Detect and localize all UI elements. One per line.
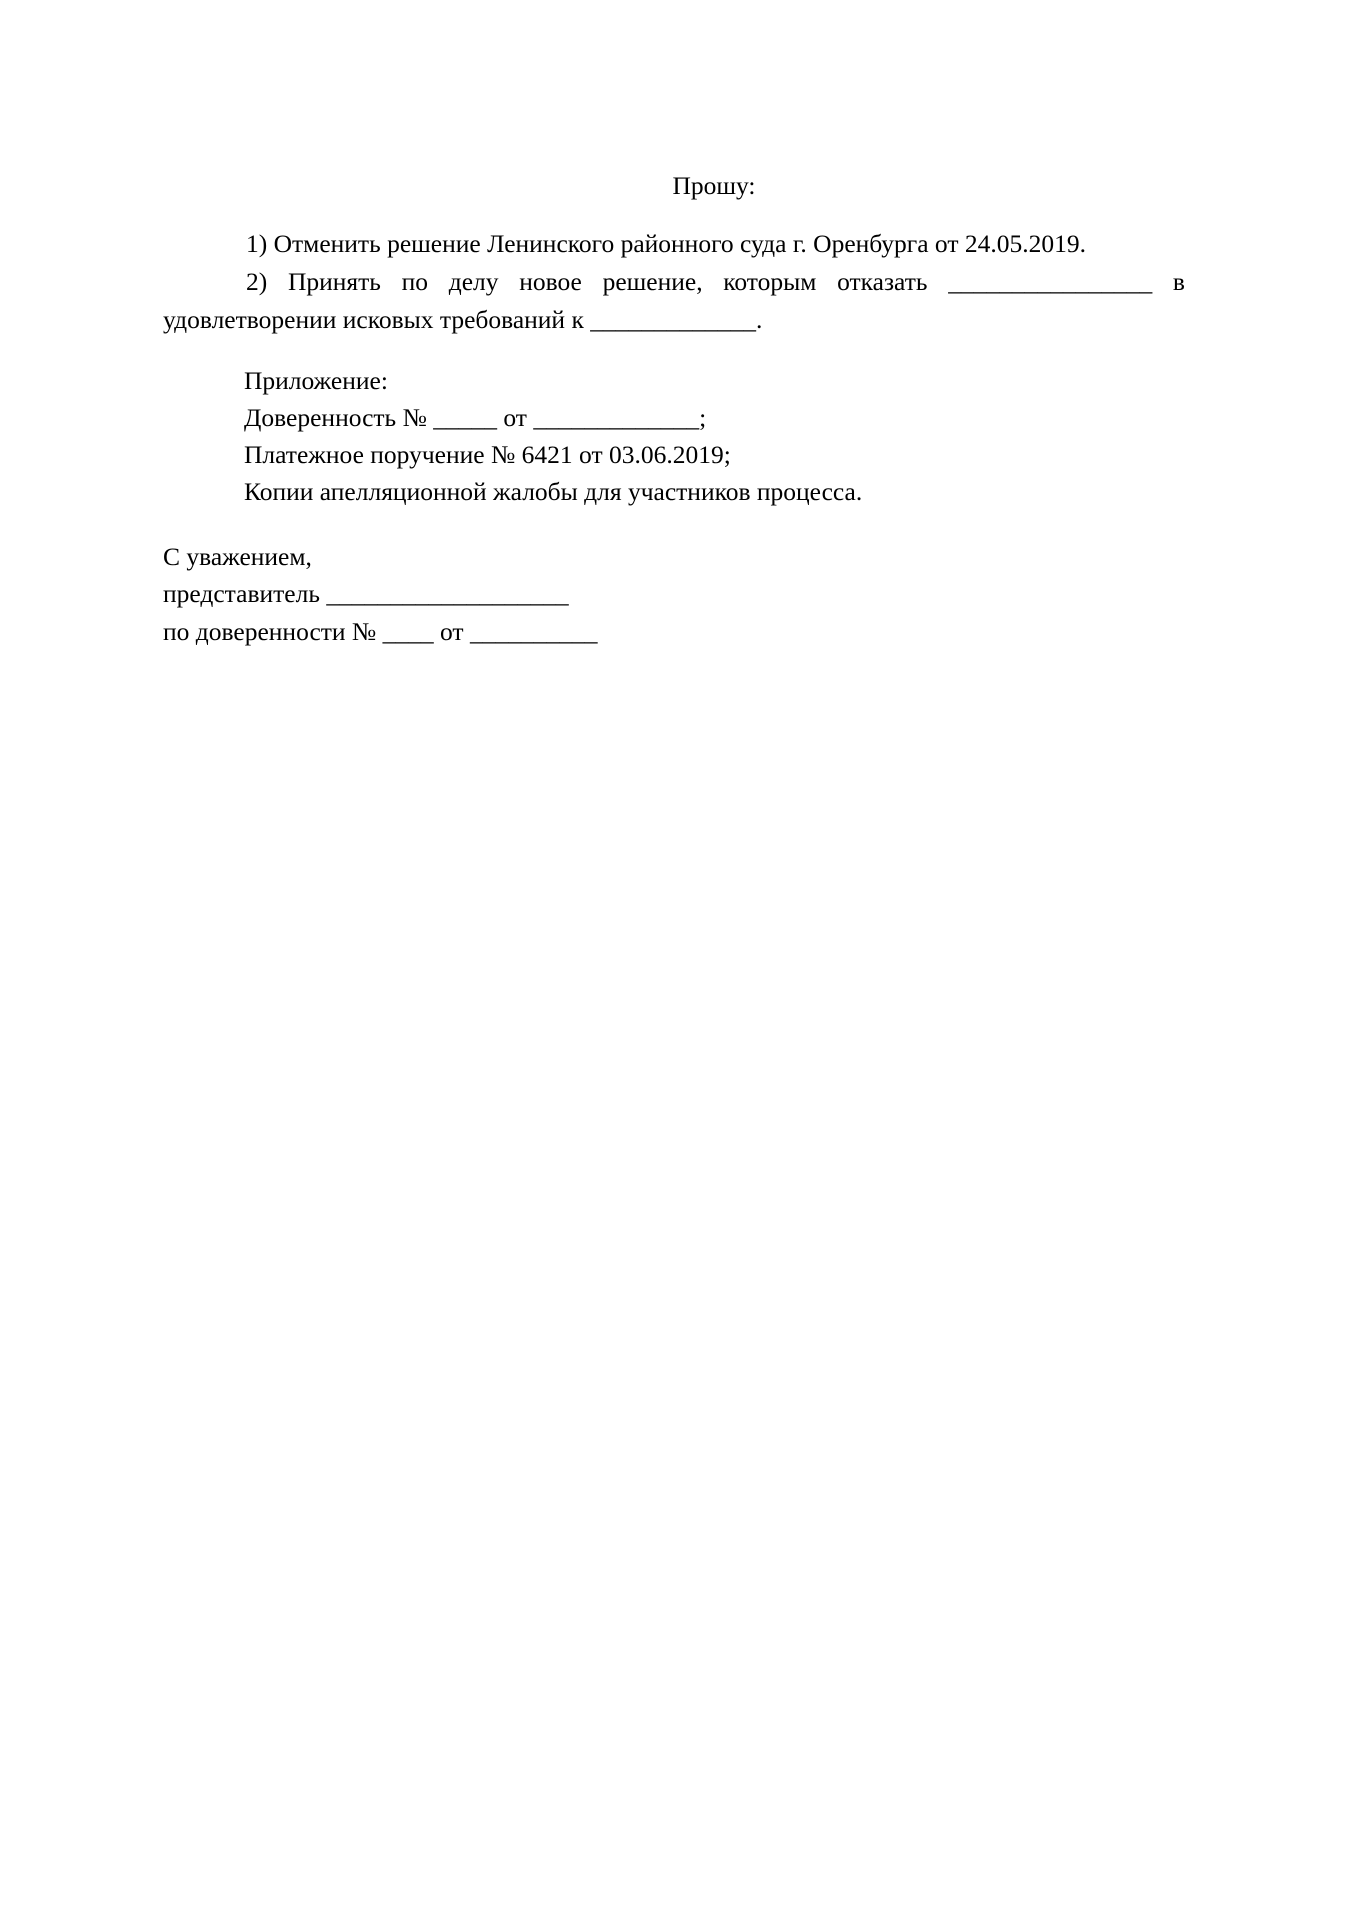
signature-representative: представитель ___________________ xyxy=(163,579,569,609)
request-word: новое xyxy=(519,267,582,297)
request-heading: Прошу: xyxy=(0,171,1350,201)
request-word: делу xyxy=(449,267,499,297)
request-item-2-line-2: удовлетворении исковых требований к ____… xyxy=(163,305,762,335)
attachments-heading: Приложение: xyxy=(244,366,388,396)
request-word: в xyxy=(1173,267,1185,297)
request-word: 2) xyxy=(246,267,267,297)
attachment-item: Платежное поручение № 6421 от 03.06.2019… xyxy=(244,440,731,470)
signature-closing: С уважением, xyxy=(163,542,312,572)
request-word: решение, xyxy=(603,267,703,297)
request-word: Принять xyxy=(288,267,381,297)
request-word: которым xyxy=(723,267,816,297)
document-page: Прошу: 1) Отменить решение Ленинского ра… xyxy=(0,0,1350,1910)
request-item-1: 1) Отменить решение Ленинского районного… xyxy=(246,229,1086,259)
request-word: отказать xyxy=(837,267,927,297)
request-word: по xyxy=(402,267,428,297)
request-item-2-line-1: 2) Принять по делу новое решение, которы… xyxy=(246,267,1185,297)
attachment-item: Доверенность № _____ от _____________; xyxy=(244,403,706,433)
blank-field: ________________ xyxy=(948,267,1152,297)
attachment-item: Копии апелляционной жалобы для участнико… xyxy=(244,477,862,507)
signature-power-of-attorney: по доверенности № ____ от __________ xyxy=(163,617,597,647)
